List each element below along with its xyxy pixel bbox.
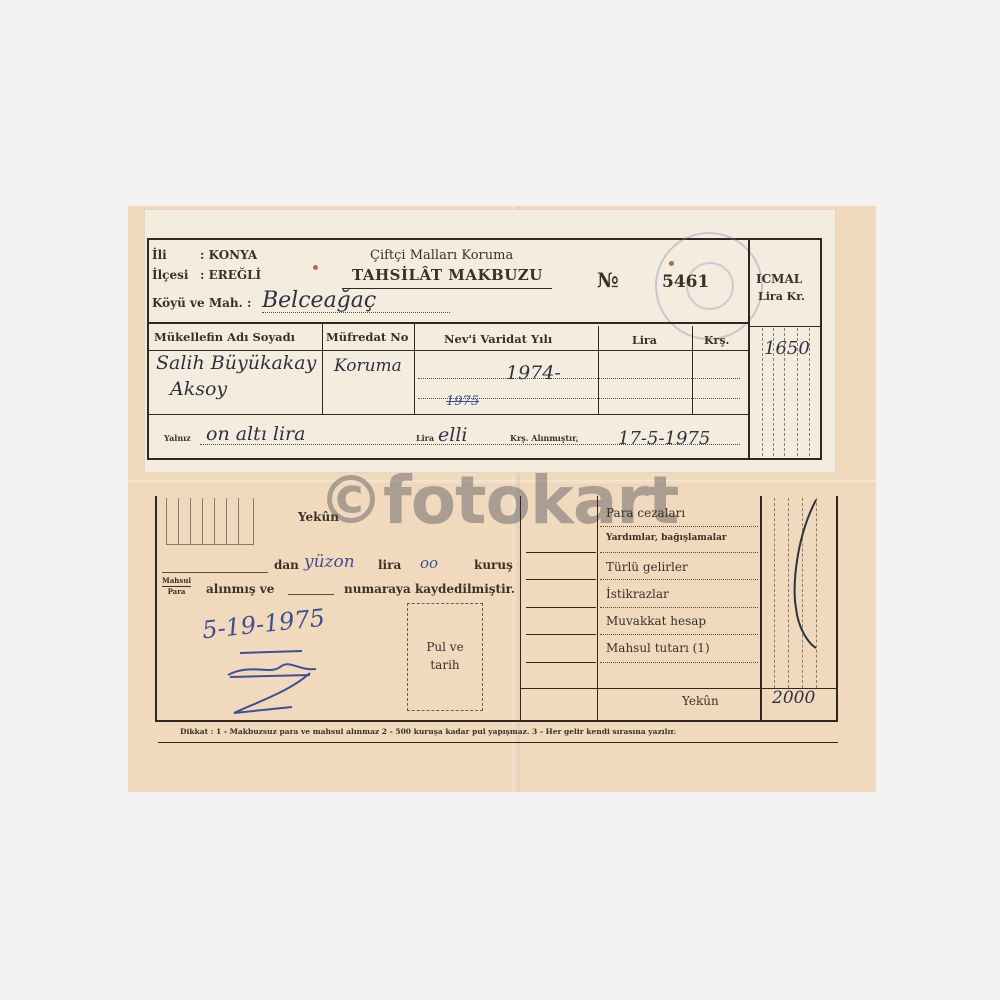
- total-value: 2000: [772, 688, 815, 708]
- ilce-value: : EREĞLİ: [200, 268, 261, 282]
- icmal-grid-col: [762, 328, 763, 456]
- col-header-year: Nev'i Varidat Yılı: [444, 332, 552, 346]
- col-header-name: Mükellefin Adı Soyadı: [154, 330, 295, 344]
- col-header-kurus: Krş.: [704, 334, 729, 347]
- table-top-rule: [149, 322, 748, 324]
- icmal-divider: [748, 240, 750, 460]
- number-sign: №: [597, 268, 619, 292]
- yekun-grid-col: [214, 498, 215, 544]
- yekun-grid-col: [226, 498, 227, 544]
- receipt-date: 17-5-1975: [618, 428, 710, 449]
- il-value: : KONYA: [200, 248, 257, 262]
- icmal-rule: [750, 326, 822, 327]
- kurus-word: kuruş: [474, 558, 513, 572]
- form-subtitle: Çiftçi Malları Koruma: [370, 248, 513, 263]
- yekun-grid-col: [178, 498, 179, 544]
- yalniz-label: Yalnız: [164, 433, 191, 443]
- yekun-grid: [166, 498, 254, 545]
- yekun-grid-col: [202, 498, 203, 544]
- cat-dotted: [600, 526, 758, 527]
- kurus-value: elli: [438, 424, 467, 446]
- koy-dotted-line: [262, 312, 450, 313]
- cat-dotted: [600, 662, 758, 663]
- cat-dotted: [600, 579, 758, 580]
- frame-left: [147, 238, 149, 460]
- koy-label: Köyü ve Mah. :: [152, 296, 251, 310]
- footer-note: Dikkat : 1 - Makbuzsuz para ve mahsul al…: [180, 727, 676, 736]
- frame-bottom: [147, 458, 822, 460]
- numaraya-label: numaraya kaydedilmiştir.: [344, 582, 515, 596]
- yalniz-value: on altı lira: [206, 423, 305, 445]
- cat-row-rule: [526, 634, 596, 635]
- taxpayer-name-line2: Aksoy: [170, 378, 227, 400]
- cat-divider: [597, 496, 598, 720]
- category-yardimlar: Yardımlar, bağışlamalar: [606, 533, 727, 543]
- stamp-and-date-box: [407, 603, 483, 711]
- struck-year: 1975: [446, 394, 479, 409]
- pul-label-2: tarih: [419, 658, 471, 672]
- col-header-mufredat: Müfredat No: [326, 330, 408, 344]
- cat-row-rule: [526, 552, 596, 553]
- ink-spot: [313, 265, 318, 270]
- dan-label: dan: [274, 558, 299, 572]
- table-bottom-rule: [149, 414, 748, 415]
- ink-spot-2: [669, 261, 674, 266]
- col-header-lira: Lira: [632, 334, 657, 347]
- receipt-number: 5461: [662, 272, 709, 292]
- lira-value: oo: [420, 554, 438, 572]
- cat-dotted: [600, 607, 758, 608]
- col-divider: [414, 322, 415, 414]
- yekun-grid-col: [190, 498, 191, 544]
- icmal-value-handwritten: 1650: [764, 338, 810, 359]
- col-divider: [598, 326, 599, 414]
- amount-dotted-line: [200, 444, 740, 445]
- numara-blank: [288, 594, 334, 595]
- frame-right: [820, 238, 822, 460]
- total-label: Yekûn: [682, 694, 719, 708]
- yekun-label: Yekûn: [298, 510, 339, 524]
- yekun-grid-col: [238, 498, 239, 544]
- mahsul-label: Mahsul: [162, 576, 191, 587]
- table-header-rule: [149, 350, 748, 351]
- mahsul-para-fraction: Mahsul Para: [162, 576, 191, 597]
- signature-icon: [220, 645, 330, 725]
- bracket-mark-icon: [786, 498, 826, 658]
- cat-row-rule: [526, 607, 596, 608]
- row-dotted-line: [418, 378, 740, 379]
- cat-divider: [760, 496, 762, 720]
- para-label: Para: [162, 587, 191, 597]
- alinmis-label: alınmış ve: [206, 582, 274, 596]
- koy-value-handwritten: Belceağaç: [262, 288, 376, 313]
- year-value: 1974-: [506, 362, 561, 384]
- cat-divider: [520, 496, 521, 720]
- total-grid-col: [774, 498, 775, 688]
- il-label: İli: [152, 248, 167, 262]
- dan-blank: [162, 572, 268, 573]
- col-divider: [692, 326, 693, 414]
- icmal-sublabel: Lira Kr.: [758, 290, 805, 303]
- footer-rule: [158, 742, 838, 743]
- lower-frame-left: [155, 496, 157, 722]
- taxpayer-name-line1: Salih Büyükakay: [156, 352, 316, 374]
- lira-label: Lira: [416, 433, 434, 443]
- cat-dotted: [600, 634, 758, 635]
- col-divider: [322, 322, 323, 414]
- dan-value: yüzon: [304, 552, 355, 572]
- cat-row-rule: [526, 662, 596, 663]
- cat-dotted: [600, 552, 758, 553]
- mufredat-value: Korumа: [334, 356, 402, 376]
- category-turlu-gelirler: Türlü gelirler: [606, 560, 688, 574]
- category-para-cezalari: Para cezaları: [606, 506, 685, 520]
- cat-row-rule: [526, 579, 596, 580]
- watermark: ©fotokart: [318, 462, 678, 539]
- krs-alinmistir-label: Krş. Alınmıştır,: [510, 433, 579, 443]
- ilce-label: İlçesi: [152, 268, 188, 282]
- category-istikrazlar: İstikrazlar: [606, 587, 669, 601]
- title-underline: [342, 288, 552, 289]
- form-title: TAHSİLÂT MAKBUZU: [352, 266, 543, 284]
- pul-label-1: Pul ve: [419, 640, 471, 654]
- lira-word: lira: [378, 558, 401, 572]
- icmal-label: ICMAL: [756, 272, 802, 286]
- category-mahsul-tutari: Mahsul tutarı (1): [606, 641, 710, 655]
- category-muvakkat-hesap: Muvakkat hesap: [606, 614, 706, 628]
